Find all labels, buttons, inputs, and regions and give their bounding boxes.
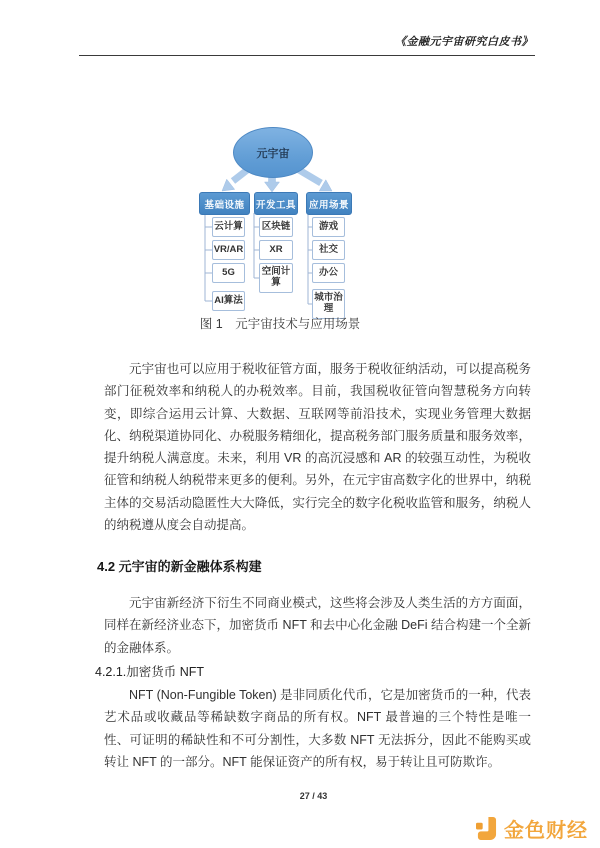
document-page: 《金融元宇宙研究白皮书》 元宇宙 基础设施 开: [0, 0, 600, 848]
figure-caption: 图 1 元宇宙技术与应用场景: [160, 314, 400, 332]
section-heading-4-2: 4.2 元宇宙的新金融体系构建: [97, 556, 262, 575]
paragraph-tax-administration: 元宇宙也可以应用于税收征管方面，服务于税收征纳活动，可以提高税务部门征税效率和纳…: [104, 358, 531, 536]
diagram-connectors: [195, 120, 355, 320]
diagram-node-games: 游戏: [312, 217, 345, 237]
document-header-title: 《金融元宇宙研究白皮书》: [395, 33, 533, 49]
diagram-node-city-governance: 城市治理: [312, 289, 345, 319]
diagram-node-office: 办公: [312, 263, 345, 283]
diagram-node-social: 社交: [312, 240, 345, 260]
diagram-root-node: 元宇宙: [233, 127, 313, 178]
diagram-category-infrastructure: 基础设施: [199, 192, 250, 215]
diagram-node-blockchain: 区块链: [259, 217, 293, 237]
diagram-category-dev-tools: 开发工具: [254, 192, 298, 215]
diagram-node-cloud: 云计算: [212, 217, 245, 237]
brand-name: 金色财经: [504, 814, 588, 843]
diagram-node-5g: 5G: [212, 263, 245, 283]
subsection-heading-4-2-1: 4.2.1.加密货币 NFT: [95, 662, 204, 680]
jinse-finance-logo-icon: [476, 816, 497, 841]
diagram-category-applications: 应用场景: [306, 192, 352, 215]
arrow-down-right-icon: [294, 167, 332, 191]
brand-watermark: 金色财经: [476, 814, 588, 843]
arrow-down-icon: [265, 173, 280, 192]
diagram-node-ai: AI算法: [212, 291, 245, 311]
header-divider: [79, 55, 535, 56]
diagram-node-spatial-computing: 空间计算: [259, 263, 293, 293]
paragraph-nft: NFT (Non-Fungible Token) 是非同质化代币，它是加密货币的…: [104, 684, 531, 773]
diagram-node-xr: XR: [259, 240, 293, 260]
diagram-node-vr-ar: VR/AR: [212, 240, 245, 260]
arrow-down-left-icon: [222, 167, 251, 191]
page-number: 27 / 43: [97, 791, 530, 801]
paragraph-new-finance: 元宇宙新经济下衍生不同商业模式，这些将会涉及人类生活的方方面面，同样在新经济业态…: [104, 592, 531, 659]
